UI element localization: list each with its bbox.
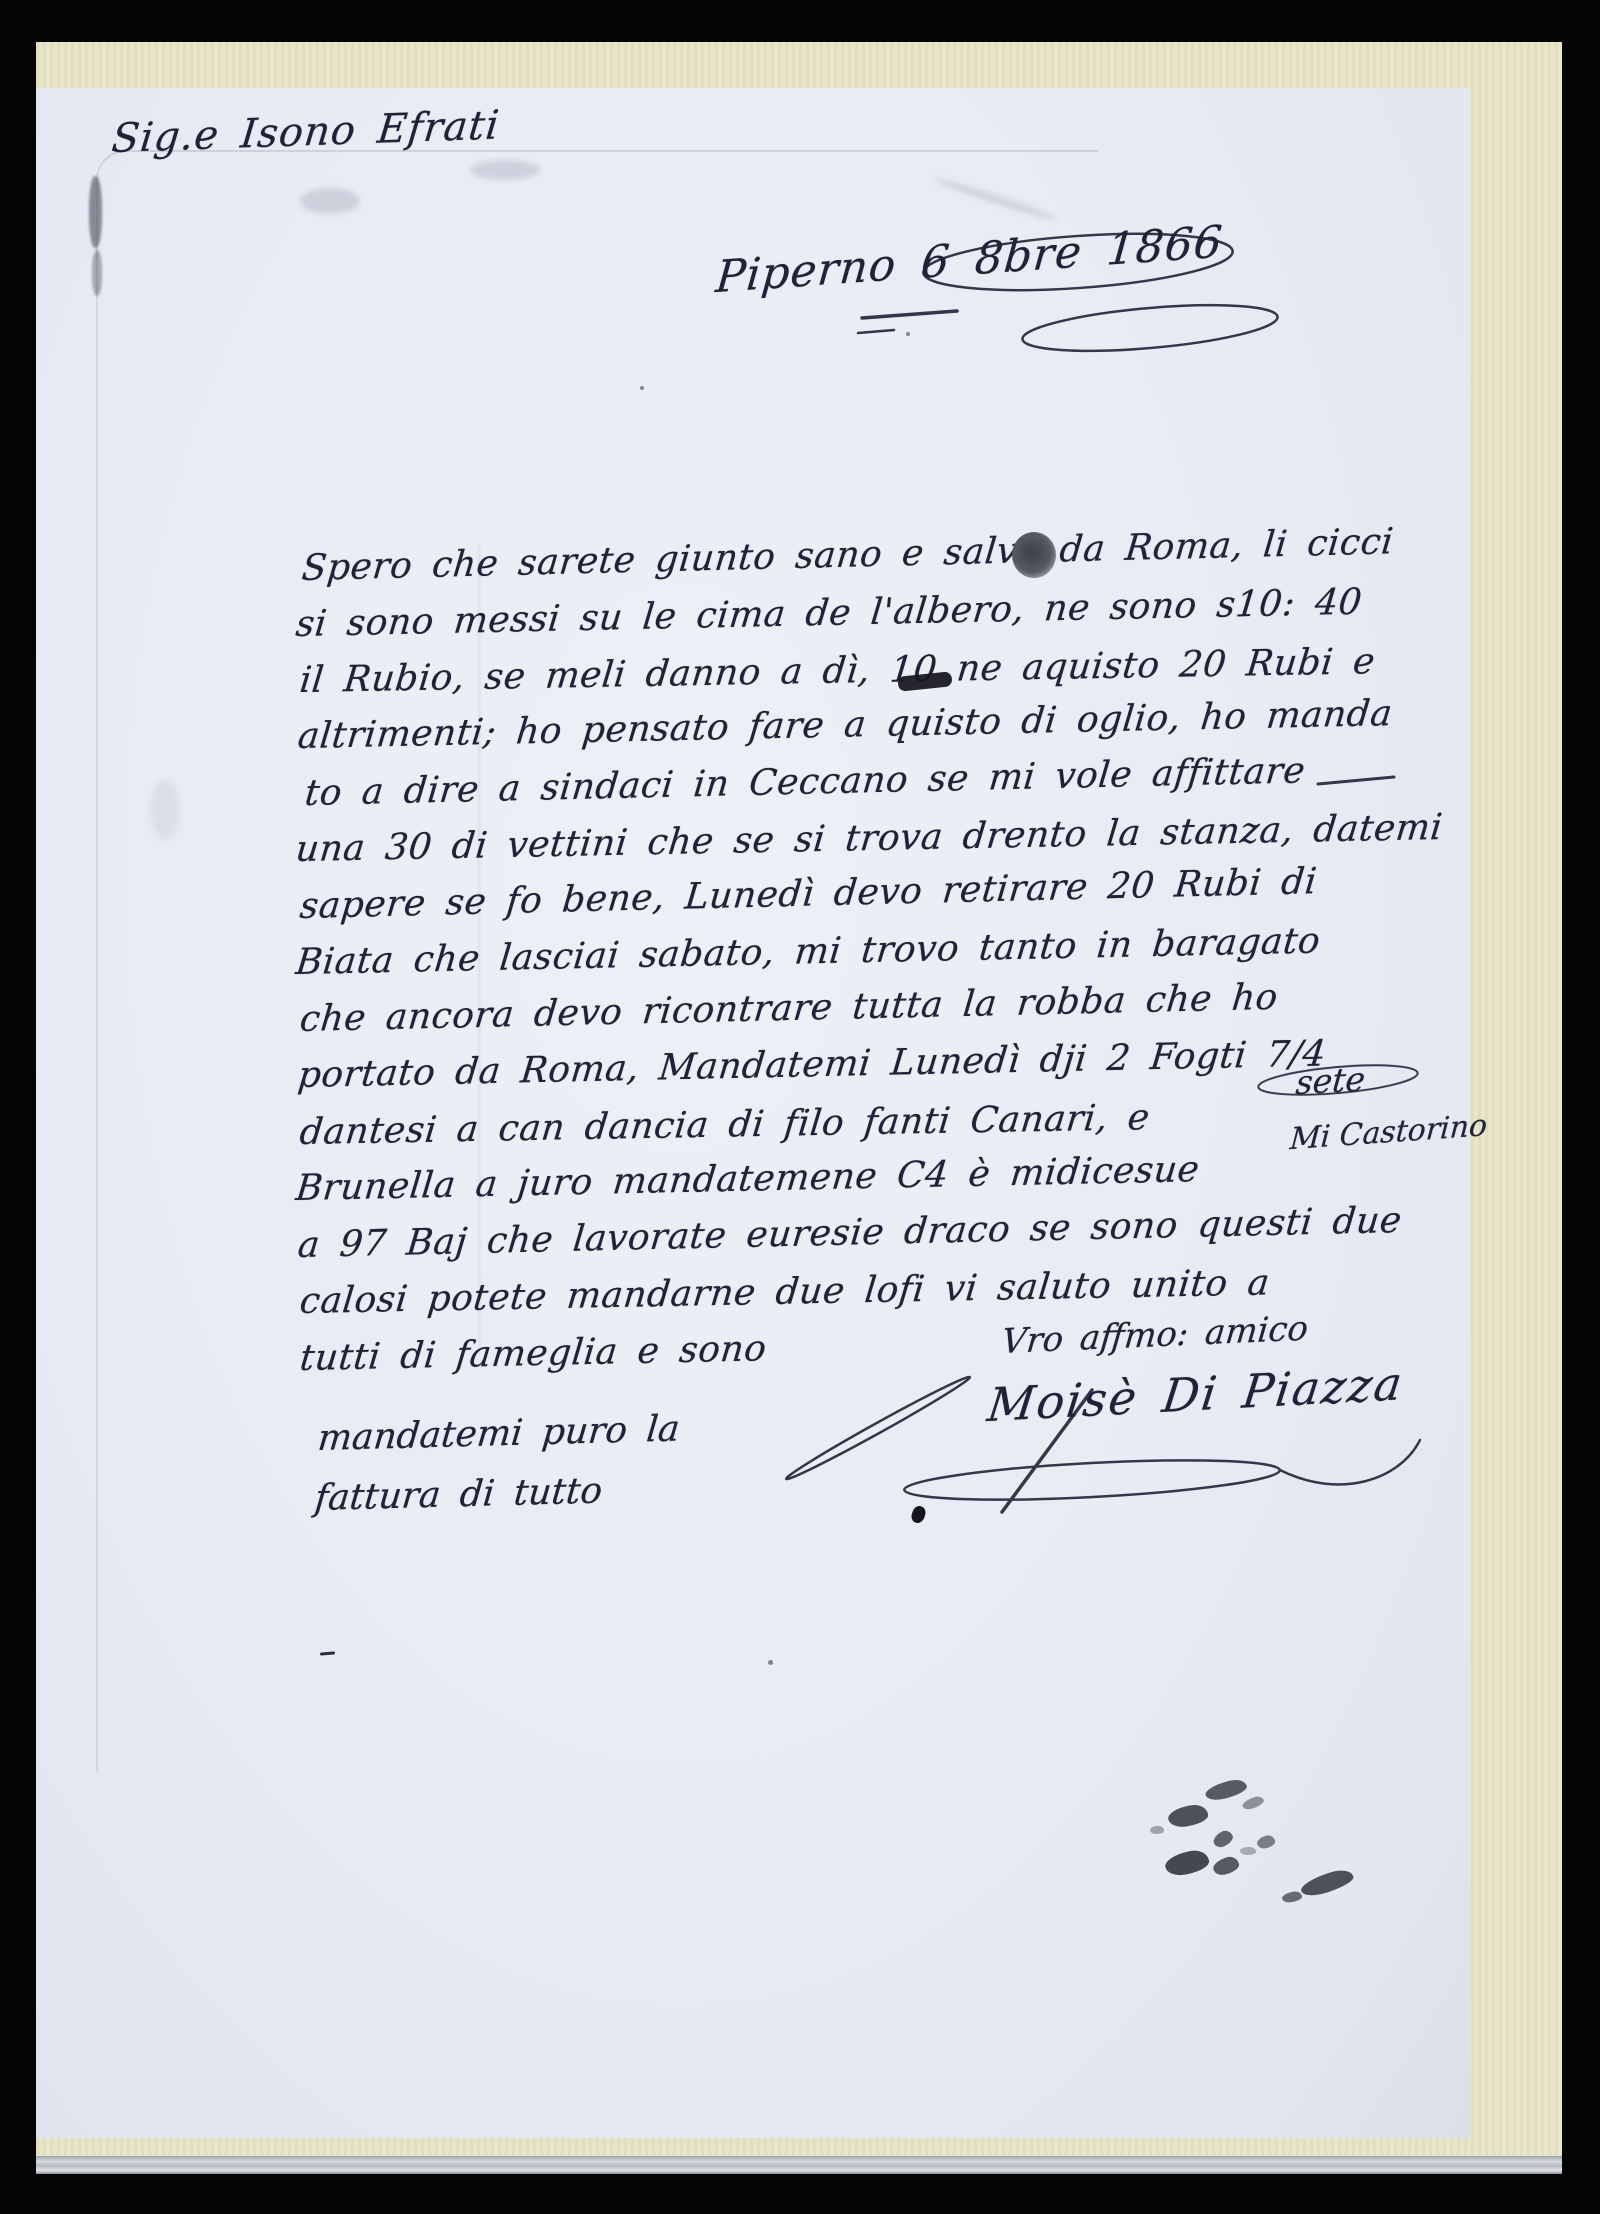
stray-mark (906, 332, 910, 336)
stray-mark (640, 386, 644, 390)
paper-smudge (150, 780, 180, 840)
postscript-line: fattura di tutto (313, 1470, 604, 1519)
ink-smudge (1240, 1847, 1256, 1855)
album-page-edge (36, 2156, 1562, 2174)
ink-smudge (1150, 1826, 1164, 1834)
paper-smudge (300, 188, 360, 214)
photo-frame: Sig.e Isono Efrati Piperno 6 8bre 1866 S… (0, 0, 1600, 2214)
dateline-year: 1866 (1105, 216, 1225, 276)
edge-smear (89, 176, 102, 248)
paper-smudge (470, 160, 540, 180)
edge-smear (92, 250, 102, 296)
stray-mark (768, 1660, 773, 1665)
ink-blot (1012, 532, 1056, 578)
margin-word: sete (1294, 1059, 1367, 1102)
